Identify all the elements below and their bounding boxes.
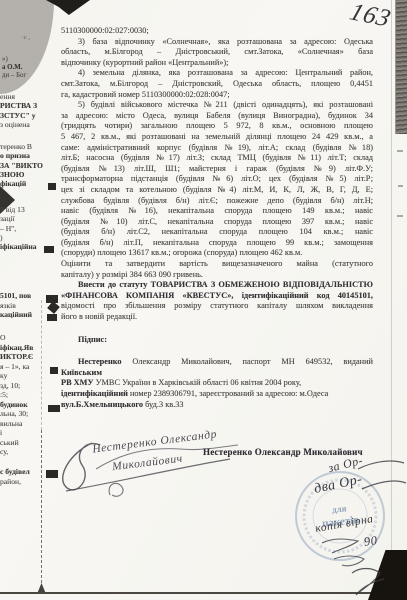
passport-line: Нестеренко Олександр Миколайович, паспор… bbox=[61, 357, 373, 368]
passport-text: УМВС України в Харківській області 06 кв… bbox=[96, 378, 302, 387]
passport-text: Олександр Миколайович, паспорт МН 649532… bbox=[132, 357, 373, 366]
edge-tick bbox=[397, 215, 403, 217]
binding-edge bbox=[395, 0, 407, 134]
document-scan: 163 ·с ₁ ») а О.М. ди – Бог ення РИСТВА … bbox=[0, 0, 407, 600]
doc-line: «ФІНАНСОВА КОМПАНІЯ «КВЕСТУС», ідентифік… bbox=[61, 291, 373, 302]
margin-fragment: каційний bbox=[0, 310, 56, 320]
doc-line: службова будівля (будівля б/н) літ.Є; по… bbox=[61, 196, 373, 207]
margin-column: ення РИСТВА З ЗСТУС" у з оцінена bbox=[0, 92, 56, 130]
doc-line: га, кадастровий номер 5110300000:02:028:… bbox=[61, 90, 373, 101]
passport-name: Нестеренко bbox=[78, 357, 122, 366]
doc-line: (споруди) площею 13617 кв.м.; огорожа (с… bbox=[61, 248, 373, 259]
doc-line: за адресою: місто Одеса, вулиця Бабеля (… bbox=[61, 111, 373, 122]
doc-line: 3) база відпочинку «Солнечная», яка розт… bbox=[61, 37, 373, 48]
edge-tick bbox=[397, 150, 403, 152]
margin-column: с будівел район, bbox=[0, 467, 56, 486]
signature-caption: Підпис: bbox=[61, 335, 373, 346]
hand-stroke bbox=[358, 461, 404, 469]
margin-fragment: ення bbox=[0, 92, 56, 101]
margin-fragment: су, bbox=[0, 447, 56, 457]
passport-line: ідентифікаційний номер 2389306791, зареє… bbox=[61, 389, 373, 400]
edge-tick bbox=[398, 185, 403, 187]
doc-line: його в новій редакції. bbox=[61, 312, 373, 323]
doc-line: відомості про збільшення розміру статутн… bbox=[61, 301, 373, 312]
doc-line: (тридцять чотири) загальною площею 5 972… bbox=[61, 121, 373, 132]
doc-line: капіталу) у розмірі 384 663 090 гривень. bbox=[61, 270, 373, 281]
margin-column: ») а О.М. ди – Бог bbox=[2, 56, 58, 80]
hand-stroke bbox=[362, 481, 406, 489]
margin-fragment: зації bbox=[0, 214, 56, 223]
passport-address: вул.Б.Хмельницького bbox=[61, 400, 143, 409]
signature-stroke bbox=[109, 483, 123, 496]
margin-fragment: с будівел bbox=[0, 467, 56, 477]
doc-line: саме: адміністративний корпус (будівля №… bbox=[61, 143, 373, 154]
margin-fragment: ЗА "ВИКТО bbox=[0, 161, 56, 170]
doc-line: трансформаторна підстанція (будівля №6) … bbox=[61, 174, 373, 185]
margin-fragment: РИСТВА З bbox=[0, 101, 56, 110]
doc-line: (будівля б/н) літ.С2, некапітальна спору… bbox=[61, 227, 373, 238]
margin-fragment: ський bbox=[0, 438, 56, 448]
margin-fragment: теренко В bbox=[0, 142, 56, 151]
doc-line: 5110300000:02:027:0030; bbox=[61, 26, 373, 37]
doc-line: літ.Б; насосна (будівля №17) літ.З; скла… bbox=[61, 153, 373, 164]
passport-text: буд.3 кв.33 bbox=[145, 400, 183, 409]
margin-fragment: О bbox=[0, 333, 56, 343]
handwritten-note: 90 bbox=[363, 533, 378, 550]
margin-fragment: а О.М. bbox=[2, 64, 58, 72]
document-body: 5110300000:02:027:0030; 3) база відпочин… bbox=[61, 26, 373, 410]
doc-line: Внести до статуту ТОВАРИСТВА З ОБМЕЖЕНОЮ… bbox=[61, 280, 373, 291]
margin-fragment: 5101, пов bbox=[0, 291, 56, 301]
doc-line: цех зі складом та котельною (будівля №4)… bbox=[61, 185, 373, 196]
doc-line: 5 467, 2 кв.м., які розташовані на земел… bbox=[61, 132, 373, 143]
margin-fragment: іфікаційна bbox=[0, 242, 56, 251]
spacer bbox=[61, 345, 373, 357]
doc-line: (будівля б/н) літ.П, некапітальна споруд… bbox=[61, 238, 373, 249]
margin-fragment: язків bbox=[0, 301, 56, 311]
doc-line: відпочинку (курортний район «Центральний… bbox=[61, 58, 373, 69]
margin-fragment: район, bbox=[0, 477, 56, 487]
doc-line: (будівля №10) літ.С, некапітальна споруд… bbox=[61, 217, 373, 228]
doc-line: (будівля №13) літ.Ш, Ш1; майстерня і гар… bbox=[61, 164, 373, 175]
margin-fragment: ») bbox=[2, 56, 58, 64]
passport-line: вул.Б.Хмельницького буд.3 кв.33 bbox=[61, 400, 373, 411]
margin-fragment: і bbox=[0, 428, 56, 438]
margin-fragment: о призна bbox=[0, 151, 56, 160]
margin-fragment: – Н", bbox=[0, 224, 56, 233]
margin-fragment: льна, 30; bbox=[0, 409, 56, 419]
hand-stroke bbox=[352, 569, 384, 596]
doc-line: область, м.Білгород – Дністровський, смт… bbox=[61, 47, 373, 58]
passport-issuer: РВ ХМУ bbox=[61, 378, 94, 387]
doc-line: 5) будівлі військового містечка №211 (дв… bbox=[61, 100, 373, 111]
margin-fragment: іфікац.Яв bbox=[0, 343, 56, 353]
hand-stroke bbox=[322, 539, 358, 553]
spacer bbox=[61, 323, 373, 335]
margin-fragment: я – 1», ка bbox=[0, 362, 56, 372]
margin-column: 5101, пов язків каційний bbox=[0, 291, 56, 320]
hand-stroke bbox=[334, 556, 364, 566]
margin-column: О іфікац.Яв ИКТОР.Є я – 1», ка ку зд, 10… bbox=[0, 333, 56, 457]
margin-fragment: ку bbox=[0, 371, 56, 381]
doc-line: навіс (будівля №16), некапітальна споруд… bbox=[61, 206, 373, 217]
margin-fragment: 9 від 13 bbox=[0, 205, 56, 214]
margin-fragment: фікацій bbox=[0, 179, 56, 188]
margin-fragment: ) bbox=[0, 233, 56, 242]
margin-column: теренко В о призна ЗА "ВИКТО ЗНОЮ фікаці… bbox=[0, 142, 56, 188]
margin-fragment: з оцінена bbox=[0, 120, 56, 129]
margin-fragment: :5; bbox=[0, 390, 56, 400]
doc-line: 4) земельна ділянка, яка розташована за … bbox=[61, 68, 373, 79]
doc-line: смт.Затока, м.Білгород – Дністровский, О… bbox=[61, 79, 373, 90]
passport-text: номер 2389306791, зареєстрований за адре… bbox=[130, 389, 328, 398]
margin-fragment: зд, 10; bbox=[0, 381, 56, 391]
passport-id-label: ідентифікаційний bbox=[61, 389, 128, 398]
margin-fragment: ИКТОР.Є bbox=[0, 352, 56, 362]
margin-fragment: будинок bbox=[0, 400, 56, 410]
margin-fragment: ди – Бог bbox=[2, 72, 58, 80]
passport-line: Київським bbox=[61, 368, 373, 379]
margin-fragment: ЗНОЮ bbox=[0, 170, 56, 179]
margin-fragment: ЗСТУС" у bbox=[0, 111, 56, 120]
margin-fragment: вильна bbox=[0, 419, 56, 429]
passport-line: РВ ХМУ УМВС України в Харківській област… bbox=[61, 378, 373, 389]
margin-column: 9 від 13 зації – Н", ) іфікаційна bbox=[0, 205, 56, 251]
doc-line: Оцінити та затвердити вартість вищезазна… bbox=[61, 259, 373, 270]
margin-fragment: ·с ₁ bbox=[22, 35, 30, 41]
